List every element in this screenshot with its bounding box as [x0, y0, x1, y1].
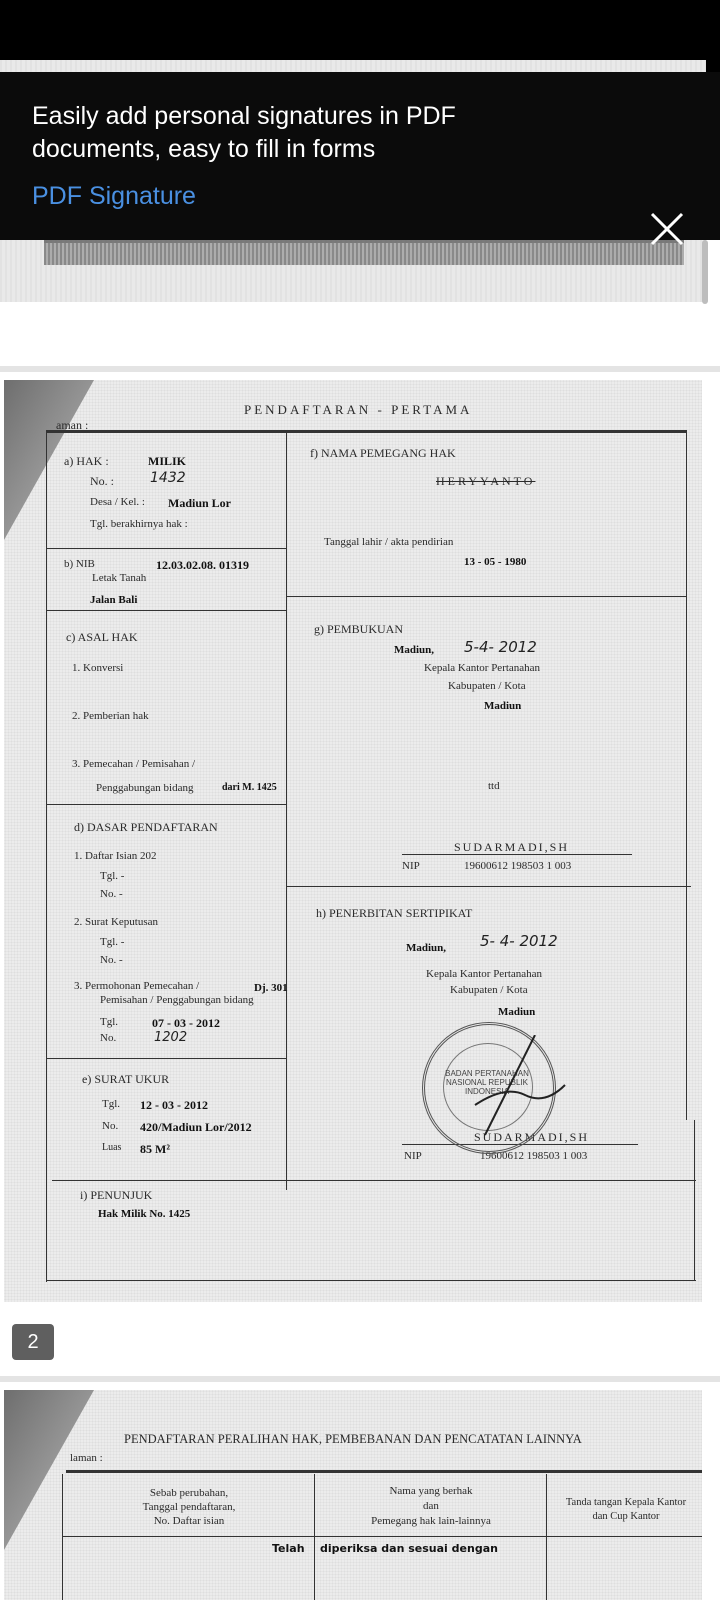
- dasar-item-no: No. -: [100, 888, 123, 900]
- section-c-label: c) ASAL HAK: [66, 630, 138, 645]
- place: Madiun,: [394, 644, 434, 656]
- dasar-item: 2. Surat Keputusan: [74, 916, 158, 928]
- handwritten-date: 5-4- 2012: [464, 638, 537, 656]
- penunjuk-value: Hak Milik No. 1425: [98, 1208, 190, 1220]
- dasar-item-line2: Pemisahan / Penggabungan bidang: [100, 994, 254, 1006]
- column-header-nama: Nama yang berhak dan Pemegang hak lain-l…: [316, 1484, 546, 1529]
- office-line: Kabupaten / Kota: [448, 680, 526, 692]
- ttd: ttd: [488, 780, 500, 792]
- nip-label: NIP: [404, 1150, 422, 1162]
- section-f-label: f) NAMA PEMEGANG HAK: [310, 446, 456, 461]
- section-d-label: d) DASAR PENDAFTARAN: [74, 820, 218, 835]
- dj-code: Dj. 301: [254, 982, 288, 994]
- asal-hak-item: 2. Pemberian hak: [72, 710, 149, 722]
- dasar-item-no: No. -: [100, 954, 123, 966]
- no-value: 420/Madiun Lor/2012: [140, 1120, 252, 1135]
- asal-hak-item: 3. Pemecahan / Pemisahan /: [72, 758, 195, 770]
- letak-label: Letak Tanah: [92, 572, 146, 584]
- nip-label: NIP: [402, 860, 420, 872]
- section-a-label: a) HAK :: [64, 454, 109, 469]
- pdf-page-2: PENDAFTARAN - PERTAMA aman : a) HAK : MI…: [4, 380, 702, 1302]
- page-divider: [0, 1376, 720, 1382]
- dasar-item-tgl: Tgl. -: [100, 870, 124, 882]
- section-i-label: i) PENUNJUK: [80, 1188, 152, 1203]
- stamp-row-text: Telah: [272, 1542, 305, 1555]
- column-header-tanda-tangan: Tanda tangan Kepala Kantor dan Cup Kanto…: [548, 1496, 702, 1524]
- tgl-label: Tgl.: [100, 1016, 118, 1028]
- nip-value: 19600612 198503 1 003: [464, 860, 571, 872]
- page-title: PENDAFTARAN - PERTAMA: [244, 402, 472, 418]
- column-header-sebab: Sebab perubahan, Tanggal pendaftaran, No…: [64, 1486, 314, 1528]
- office-line: Kepala Kantor Pertanahan: [424, 662, 540, 674]
- tgl-value: 07 - 03 - 2012: [152, 1016, 220, 1031]
- pdf-page-3: PENDAFTARAN PERALIHAN HAK, PEMBEBANAN DA…: [4, 1390, 702, 1600]
- tgl-value: 12 - 03 - 2012: [140, 1098, 208, 1113]
- tgl-lahir-value: 13 - 05 - 1980: [464, 556, 526, 568]
- banner-message: Easily add personal signatures in PDF do…: [32, 100, 572, 166]
- scrollbar[interactable]: [702, 240, 708, 304]
- section-h-label: h) PENERBITAN SERTIPIKAT: [316, 906, 472, 921]
- office-line: Kepala Kantor Pertanahan: [426, 968, 542, 980]
- holder-name: HERYYANTO: [436, 474, 535, 489]
- no-label: No.: [100, 1032, 116, 1044]
- close-icon[interactable]: [648, 210, 686, 248]
- tgl-label: Tgl.: [102, 1098, 120, 1110]
- luas-value: 85 M²: [140, 1142, 170, 1157]
- desa-value: Madiun Lor: [168, 496, 231, 511]
- page-divider: [0, 366, 720, 372]
- dasar-item: 1. Daftar Isian 202: [74, 850, 156, 862]
- no-value: 1432: [150, 470, 186, 486]
- tgl-lahir-label: Tanggal lahir / akta pendirian: [324, 536, 453, 548]
- page-number-badge: 2: [12, 1324, 54, 1360]
- section-g-label: g) PEMBUKUAN: [314, 622, 403, 637]
- hak-value: MILIK: [148, 454, 186, 469]
- pdf-signature-link[interactable]: PDF Signature: [32, 182, 196, 211]
- asal-hak-item: 1. Konversi: [72, 662, 123, 674]
- page-title: PENDAFTARAN PERALIHAN HAK, PEMBEBANAN DA…: [124, 1432, 582, 1447]
- office-line: Madiun: [498, 1006, 535, 1018]
- signature-icon: [465, 1035, 575, 1145]
- no-label: No. :: [90, 474, 114, 489]
- luas-label: Luas: [102, 1142, 121, 1153]
- section-b-label: b) NIB: [64, 558, 95, 570]
- dasar-item-tgl: Tgl. -: [100, 936, 124, 948]
- handwritten-date: 5- 4- 2012: [480, 932, 558, 950]
- tgl-berakhir-label: Tgl. berakhirnya hak :: [90, 518, 188, 530]
- asal-hak-value: dari M. 1425: [222, 782, 277, 793]
- letak-value: Jalan Bali: [90, 594, 137, 606]
- office-line: Madiun: [484, 700, 521, 712]
- asal-hak-item-line2: Penggabungan bidang: [96, 782, 193, 794]
- promo-banner: Easily add personal signatures in PDF do…: [0, 72, 720, 240]
- section-e-label: e) SURAT UKUR: [82, 1072, 169, 1087]
- office-line: Kabupaten / Kota: [450, 984, 528, 996]
- page-fold-shadow: [4, 1390, 134, 1560]
- nib-value: 12.03.02.08. 01319: [156, 558, 249, 573]
- place: Madiun,: [406, 942, 446, 954]
- official-stamp: BADAN PERTANAHAN NASIONAL REPUBLIK INDON…: [422, 1022, 556, 1154]
- desa-label: Desa / Kel. :: [90, 496, 145, 508]
- official-name: SUDARMADI,SH: [454, 840, 569, 855]
- page-border-pattern: [44, 240, 684, 265]
- no-value: 1202: [154, 1030, 187, 1045]
- halaman-label: laman :: [70, 1452, 103, 1464]
- stamp-row-text: diperiksa dan sesuai dengan: [320, 1542, 498, 1555]
- dasar-item: 3. Permohonan Pemecahan /: [74, 980, 199, 992]
- no-label: No.: [102, 1120, 118, 1132]
